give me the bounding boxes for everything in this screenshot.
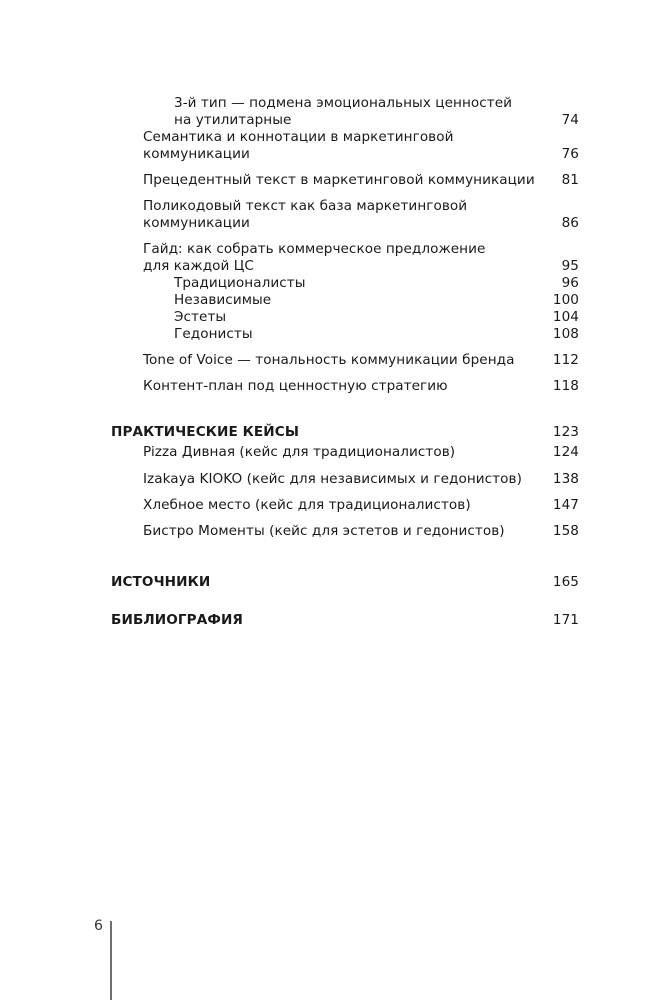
toc-entry-page: 100 bbox=[553, 292, 579, 309]
toc-entry-page: 86 bbox=[562, 215, 579, 232]
toc-entry-page: 147 bbox=[553, 497, 579, 514]
toc-entry-title: 3-й тип — подмена эмоциональных ценносте… bbox=[174, 95, 512, 129]
toc-entry-page: 76 bbox=[562, 146, 579, 163]
toc-section-title: ИСТОЧНИКИ bbox=[111, 574, 210, 591]
toc-entry-title: Pizza Дивная (кейс для традиционалистов) bbox=[143, 444, 455, 461]
toc-entry-page: 108 bbox=[553, 326, 579, 343]
toc-entry-title: Эстеты bbox=[174, 309, 226, 326]
toc-entry-page: 104 bbox=[553, 309, 579, 326]
page-number: 6 bbox=[94, 918, 103, 934]
toc-entry-title: Семантика и коннотации в маркетинговой к… bbox=[143, 129, 454, 163]
toc-section-title: БИБЛИОГРАФИЯ bbox=[111, 612, 243, 629]
toc-entry-title: Бистро Моменты (кейс для эстетов и гедон… bbox=[143, 523, 505, 540]
toc-entry-page: 123 bbox=[553, 424, 579, 441]
toc-entry-page: 95 bbox=[562, 258, 579, 275]
toc-entry-title: Хлебное место (кейс для традиционалистов… bbox=[143, 497, 471, 514]
toc-entry-page: 74 bbox=[562, 112, 579, 129]
toc-entry-title: Гайд: как собрать коммерческое предложен… bbox=[143, 241, 485, 275]
toc-entry-page: 158 bbox=[553, 523, 579, 540]
toc-entry-title: Контент-план под ценностную стратегию bbox=[143, 378, 448, 395]
toc-entry-title: Традиционалисты bbox=[174, 275, 306, 292]
toc-entry-page: 96 bbox=[562, 275, 579, 292]
toc-entry-title: Гедонисты bbox=[174, 326, 253, 343]
toc-entry-title: Поликодовый текст как база маркетинговой… bbox=[143, 198, 467, 232]
toc-entry-title: Прецедентный текст в маркетинговой комму… bbox=[143, 172, 535, 189]
page-number-rule bbox=[110, 921, 112, 1000]
toc-entry-page: 165 bbox=[553, 574, 579, 591]
toc-entry-page: 112 bbox=[553, 352, 579, 369]
toc-entry-title: Независимые bbox=[174, 292, 271, 309]
toc-entry-page: 81 bbox=[562, 172, 579, 189]
toc-entry-title: Izakaya KIOKO (кейс для независимых и ге… bbox=[143, 471, 522, 488]
toc-entry-page: 138 bbox=[553, 471, 579, 488]
toc-entry-page: 124 bbox=[553, 444, 579, 461]
toc-entry-page: 118 bbox=[553, 378, 579, 395]
toc-entry-page: 171 bbox=[553, 612, 579, 629]
toc-entry-title: Tone of Voice — тональность коммуникации… bbox=[143, 352, 514, 369]
toc-section-title: ПРАКТИЧЕСКИЕ КЕЙСЫ bbox=[111, 424, 299, 441]
